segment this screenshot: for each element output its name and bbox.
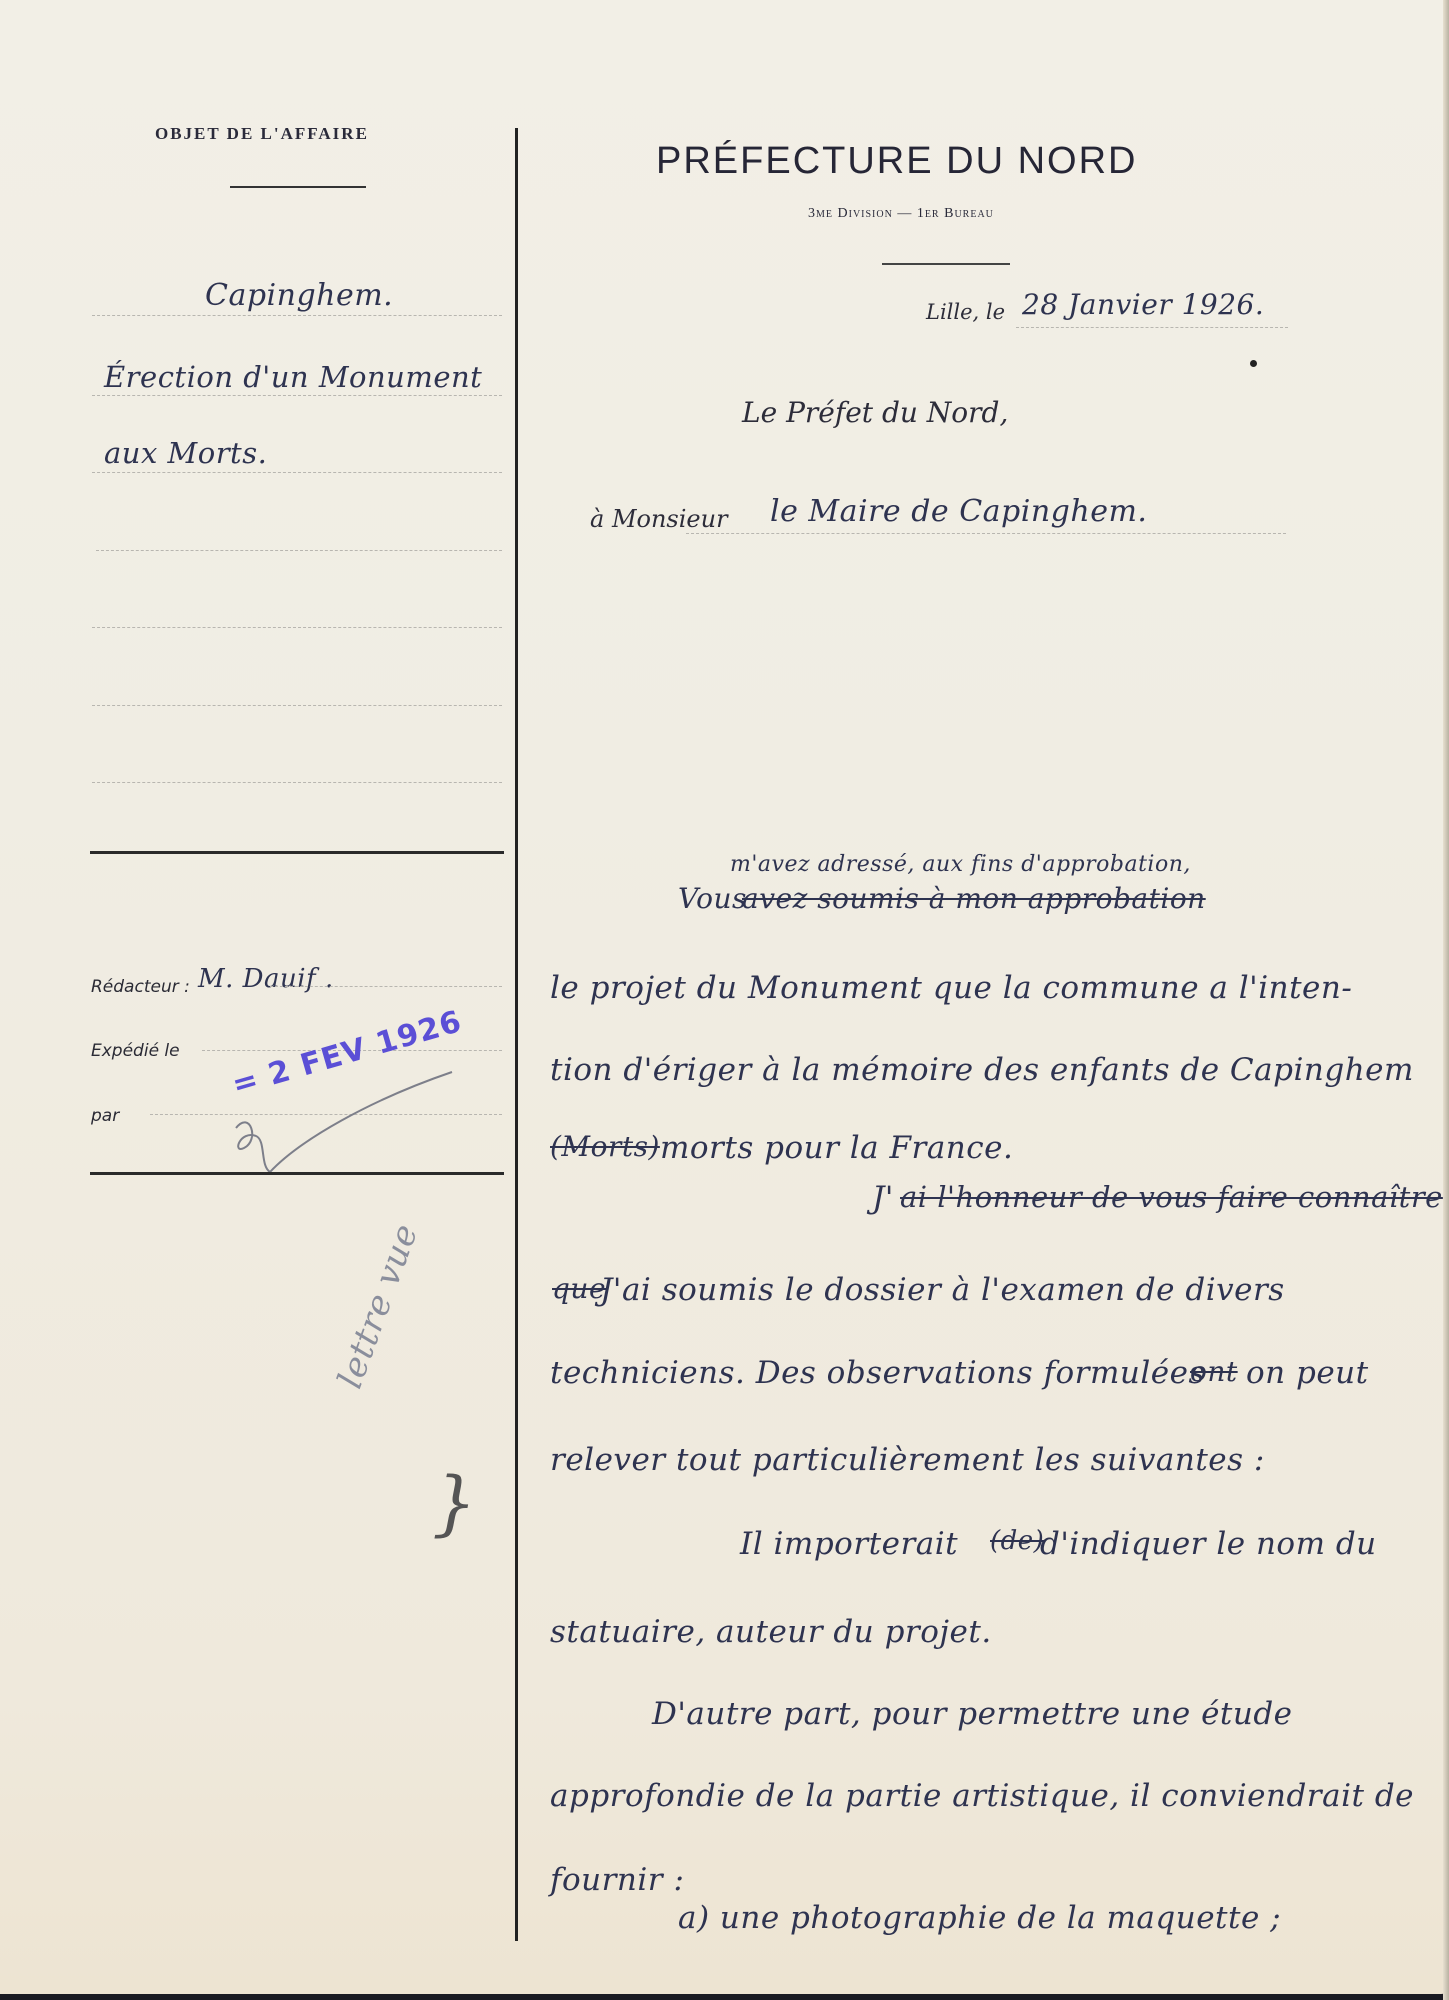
ruled-line — [96, 550, 502, 551]
body-line-6-struck: que — [552, 1272, 606, 1305]
para-2-start: J' — [872, 1180, 894, 1216]
body-line-7b: on peut — [1246, 1355, 1369, 1391]
body-line-10: statuaire, auteur du projet. — [550, 1614, 992, 1650]
body-line-2: le projet du Monument que la commune a l… — [550, 970, 1352, 1006]
ruled-line — [686, 533, 1286, 534]
subject-line-2: Érection d'un Monument — [104, 360, 482, 394]
para-2-struck: ai l'honneur de vous faire connaître — [900, 1180, 1443, 1214]
signature-stroke — [230, 1070, 460, 1180]
letterhead-title: PRÉFECTURE DU NORD — [656, 140, 1137, 183]
body-line-7-struck: ont — [1190, 1355, 1238, 1388]
body-line-4: morts pour la France. — [660, 1130, 1013, 1166]
ink-dot — [1250, 360, 1257, 367]
page-edge — [1443, 0, 1449, 2000]
para-3-struck: (de) — [990, 1526, 1044, 1556]
insertion-text: m'avez adressé, aux fins d'approbation, — [730, 852, 1191, 877]
ruled-line — [92, 782, 502, 783]
redacteur-label: Rédacteur : — [91, 977, 190, 997]
ruled-line — [92, 627, 502, 628]
header-underline — [230, 186, 366, 188]
ruled-line — [270, 986, 502, 987]
letter-date: 28 Janvier 1926. — [1022, 288, 1264, 321]
subject-line-1: Capinghem. — [205, 278, 393, 313]
ornament-rule — [882, 263, 1010, 265]
para-4: D'autre part, pour permettre une étude — [652, 1696, 1293, 1732]
subject-line-3: aux Morts. — [104, 436, 267, 470]
body-line-7a: techniciens. Des observations formulées — [550, 1355, 1205, 1391]
ruled-line — [1016, 327, 1288, 328]
body-line-4-struck: (Morts) — [550, 1130, 660, 1163]
body-line-1-struck: avez soumis à mon approbation — [742, 882, 1206, 915]
redacteur-value: M. Dauif . — [198, 964, 334, 994]
letterhead-division: 3me Division — 1er Bureau — [808, 206, 994, 222]
ruled-line — [92, 395, 502, 396]
body-line-13: fournir : — [550, 1862, 684, 1898]
column-divider — [515, 128, 518, 1941]
section-rule — [90, 851, 504, 854]
body-line-1-start: Vous — [678, 882, 747, 915]
ruled-line — [92, 315, 502, 316]
recipient-value: le Maire de Capinghem. — [770, 494, 1147, 529]
sender: Le Préfet du Nord, — [742, 396, 1008, 429]
body-line-6: J'ai soumis le dossier à l'examen de div… — [600, 1272, 1285, 1308]
section-rule — [90, 1172, 504, 1175]
ruled-line — [92, 472, 502, 473]
margin-brace: } — [432, 1462, 477, 1544]
expedie-label: Expédié le — [91, 1041, 180, 1061]
place-label: Lille, le — [926, 300, 1005, 324]
recipient-label: à Monsieur — [590, 505, 728, 533]
ruled-line — [92, 705, 502, 706]
para-3-b: d'indiquer le nom du — [1040, 1526, 1377, 1562]
para-3-a: Il importerait — [740, 1526, 958, 1562]
list-item-a: a) une photographie de la maquette ; — [678, 1900, 1281, 1936]
objet-header: OBJET DE L'AFFAIRE — [155, 124, 369, 144]
par-label: par — [91, 1106, 119, 1126]
body-line-12: approfondie de la partie artistique, il … — [550, 1778, 1414, 1814]
body-line-3: tion d'ériger à la mémoire des enfants d… — [550, 1052, 1414, 1088]
body-line-8: relever tout particulièrement les suivan… — [550, 1442, 1265, 1478]
